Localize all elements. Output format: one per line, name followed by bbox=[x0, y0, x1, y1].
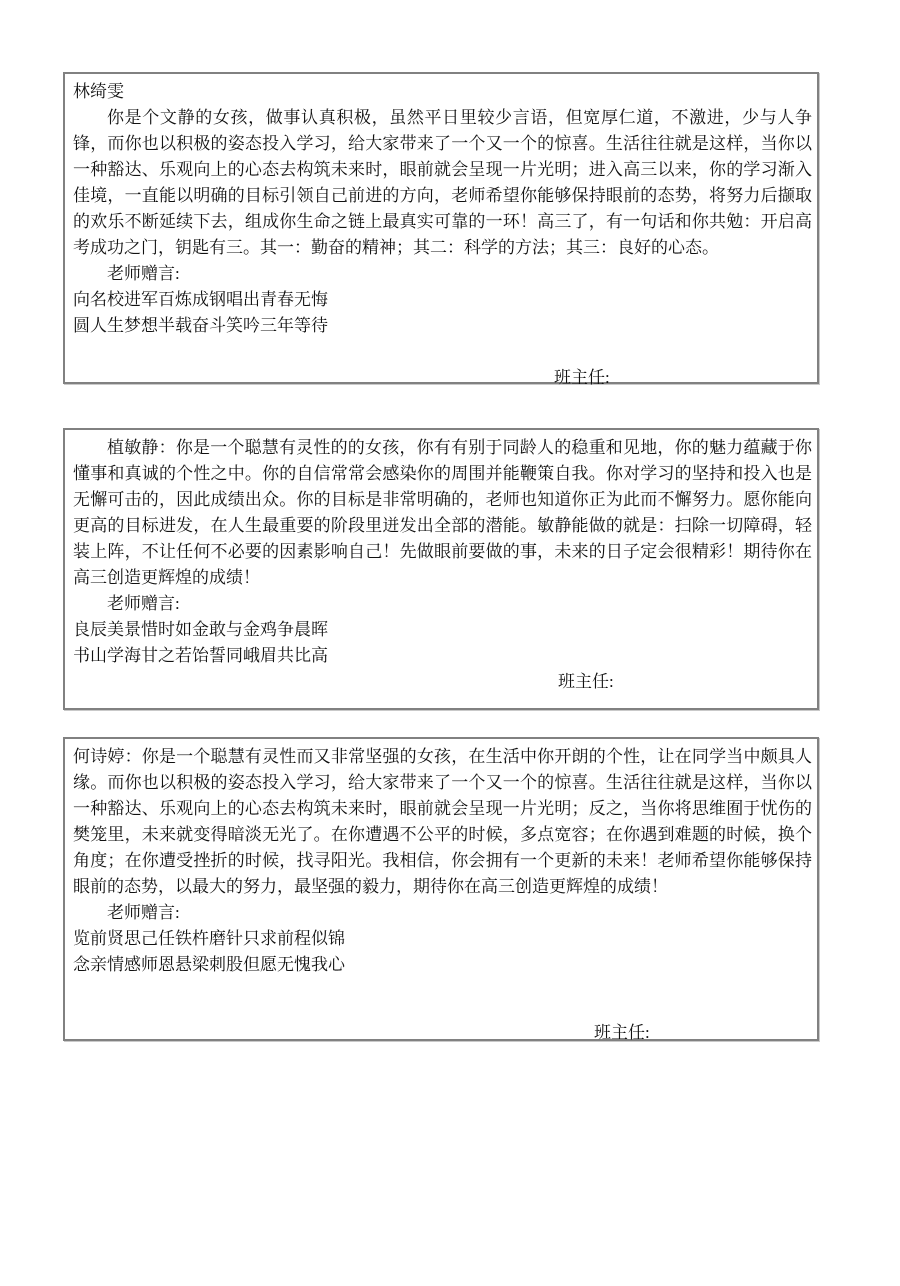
teacher-gift-label: 老师赠言: bbox=[73, 900, 812, 926]
couplet-line-1: 览前贤思己任铁杵磨针只求前程似锦 bbox=[73, 926, 812, 952]
document-page: 林绮雯 你是个文静的女孩，做事认真积极，虽然平日里较少言语，但宽厚仁道，不激进，… bbox=[0, 0, 900, 1286]
student-name: 植敏静 bbox=[107, 438, 159, 457]
couplet-line-2: 书山学海甘之若饴誓同峨眉共比高 bbox=[73, 643, 812, 669]
comment-paragraph: 何诗婷：你是一个聪慧有灵性而又非常坚强的女孩，在生活中你开朗的个性，让在同学当中… bbox=[73, 744, 812, 900]
couplet-line-1: 良辰美景惜时如金敢与金鸡争晨晖 bbox=[73, 617, 812, 643]
student-comment-card-2: 植敏静：你是一个聪慧有灵性的的女孩，你有有别于同龄人的稳重和见地，你的魅力蕴藏于… bbox=[63, 428, 819, 710]
student-name: 林绮雯 bbox=[73, 79, 812, 105]
comment-text: 你是一个聪慧有灵性的的女孩，你有有别于同龄人的稳重和见地，你的魅力蕴藏于你懂事和… bbox=[73, 438, 812, 587]
teacher-gift-label: 老师赠言: bbox=[73, 261, 812, 287]
student-comment-card-3: 何诗婷：你是一个聪慧有灵性而又非常坚强的女孩，在生活中你开朗的个性，让在同学当中… bbox=[63, 737, 819, 1041]
name-separator: ： bbox=[159, 438, 176, 457]
teacher-gift-label: 老师赠言: bbox=[73, 591, 812, 617]
couplet-line-2: 念亲情感师恩悬梁刺股但愿无愧我心 bbox=[73, 952, 812, 978]
couplet-line-1: 向名校进军百炼成钢唱出青春无悔 bbox=[73, 287, 812, 313]
comment-paragraph: 你是个文静的女孩，做事认真积极，虽然平日里较少言语，但宽厚仁道，不激进，少与人争… bbox=[73, 105, 812, 261]
student-name: 何诗婷 bbox=[73, 747, 125, 766]
homeroom-teacher-signature: 班主任: bbox=[554, 365, 812, 391]
comment-paragraph: 植敏静：你是一个聪慧有灵性的的女孩，你有有别于同龄人的稳重和见地，你的魅力蕴藏于… bbox=[73, 435, 812, 591]
name-separator: ： bbox=[125, 747, 142, 766]
comment-text: 你是一个聪慧有灵性而又非常坚强的女孩，在生活中你开朗的个性，让在同学当中颇具人缘… bbox=[73, 747, 812, 896]
homeroom-teacher-signature: 班主任: bbox=[594, 1020, 812, 1046]
homeroom-teacher-signature: 班主任: bbox=[558, 669, 812, 695]
couplet-line-2: 圆人生梦想半载奋斗笑吟三年等待 bbox=[73, 313, 812, 339]
student-comment-card-1: 林绮雯 你是个文静的女孩，做事认真积极，虽然平日里较少言语，但宽厚仁道，不激进，… bbox=[63, 72, 819, 384]
